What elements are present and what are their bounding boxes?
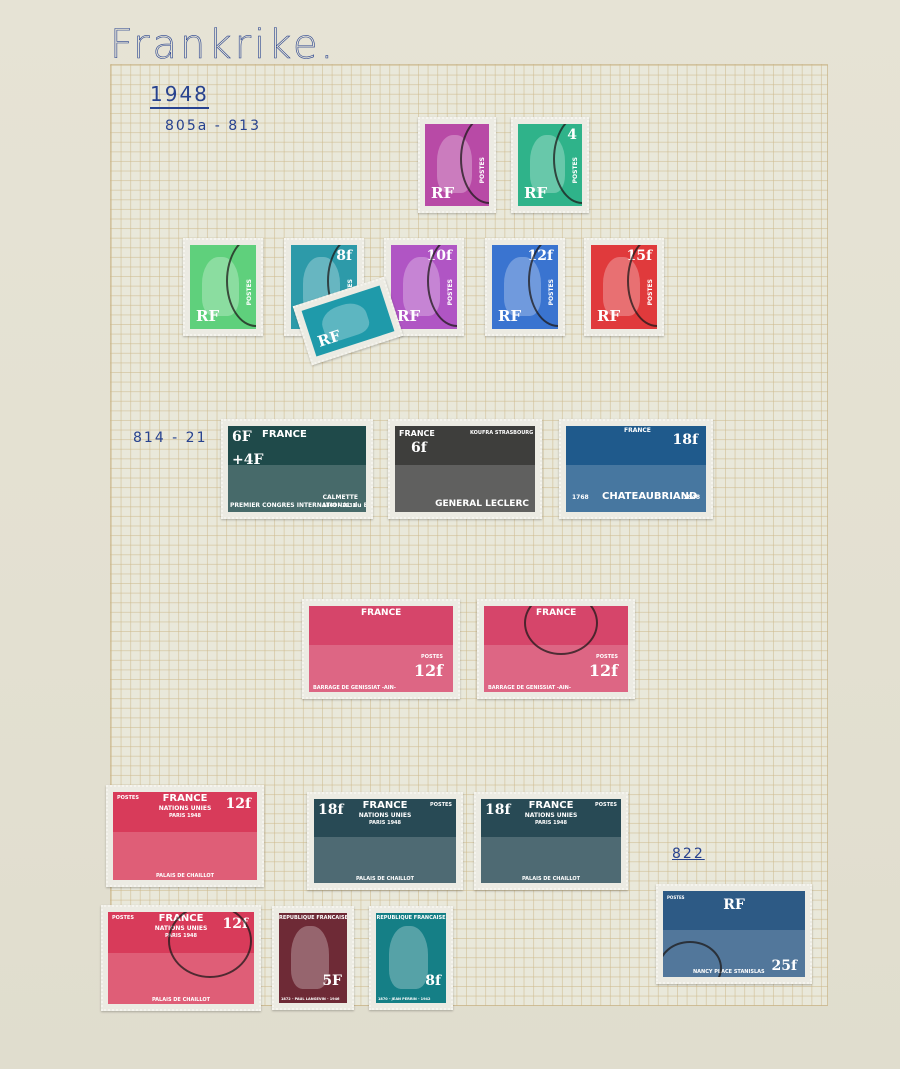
stamp[interactable]: FRANCE6fKOUFRA STRASBOURGGENERAL LECLERC	[388, 419, 542, 519]
postes-label: POSTES	[667, 895, 685, 900]
stamp-face: FRANCE6fKOUFRA STRASBOURGGENERAL LECLERC	[395, 426, 535, 512]
stamp-face: RF25fPOSTESNANCY PLACE STANISLAS	[663, 891, 805, 977]
postes-label: POSTES	[421, 654, 443, 660]
scene-art	[566, 465, 706, 512]
stamp-dates: 1863 - 1933	[323, 503, 356, 509]
country-mark: RF	[524, 184, 547, 202]
stamp-face: RF15fPOSTES	[591, 245, 657, 329]
stamp[interactable]: FRANCENATIONS UNIESPARIS 194812fPOSTESPA…	[106, 785, 264, 887]
page-title: Frankrike.	[110, 22, 336, 68]
postmark	[553, 124, 582, 204]
country-mark: RF	[397, 307, 420, 325]
stamp-face: RF4POSTES	[518, 124, 582, 206]
stamp-caption: PALAIS DE CHAILLOT	[481, 876, 621, 882]
album-page: Frankrike. 1948 805a - 813 814 - 21 822 …	[0, 0, 900, 1069]
country-mark: RF	[315, 327, 343, 351]
stamp-value: 6f	[411, 440, 427, 456]
stamp-face: 18fFRANCECHATEAUBRIAND17681848	[566, 426, 706, 512]
stamp-subtitle: PARIS 1948	[481, 820, 621, 826]
stamp-caption: BARRAGE DE GENISSIAT -AIN-	[488, 685, 571, 691]
postes-label: POSTES	[596, 654, 618, 660]
stamp-country: FRANCE	[399, 429, 435, 438]
stamp-country: REPUBLIQUE FRANCAISE	[279, 915, 347, 921]
section-range-label: 822	[672, 846, 705, 862]
stamp[interactable]: RF4POSTES	[511, 117, 589, 213]
stamp[interactable]: RF25fPOSTESNANCY PLACE STANISLAS	[656, 884, 812, 984]
stamp-country: FRANCE	[361, 608, 401, 618]
stamp[interactable]: REPUBLIQUE FRANCAISE5F1872 - PAUL LANGEV…	[272, 906, 354, 1010]
stamp-value: 12f	[589, 661, 618, 680]
stamp-value: 12f	[225, 796, 251, 812]
stamp[interactable]: RF15fPOSTES	[584, 238, 664, 336]
stamp-face: FRANCENATIONS UNIESPARIS 194812fPOSTESPA…	[108, 912, 254, 1004]
stamp-value: 18f	[485, 802, 511, 818]
portrait	[389, 926, 428, 989]
stamp-face: FRANCE12fPOSTESBARRAGE DE GENISSIAT -AIN…	[309, 606, 453, 692]
stamp-face: RF12fPOSTES	[492, 245, 558, 329]
stamp-face: 6F+4FFRANCEPREMIER CONGRES INTERNATIONAL…	[228, 426, 366, 512]
stamp-name: CALMETTE	[323, 494, 358, 501]
stamp-face: REPUBLIQUE FRANCAISE5F1872 - PAUL LANGEV…	[279, 913, 347, 1003]
stamp-name: 1872 - PAUL LANGEVIN - 1946	[281, 997, 339, 1001]
stamp[interactable]: 6F+4FFRANCEPREMIER CONGRES INTERNATIONAL…	[221, 419, 373, 519]
stamp-subtitle: PARIS 1948	[113, 813, 257, 819]
stamp-subtitle: KOUFRA STRASBOURG	[470, 430, 533, 436]
country-mark: RF	[196, 307, 219, 325]
stamp-value: 18f	[318, 802, 344, 818]
stamp-face: FRANCENATIONS UNIESPARIS 194812fPOSTESPA…	[113, 792, 257, 880]
stamp-face: REPUBLIQUE FRANCAISE8f1870 - JEAN PERRIN…	[376, 913, 446, 1003]
stamp-face: FRANCE12fPOSTESBARRAGE DE GENISSIAT -AIN…	[484, 606, 628, 692]
stamp-value: +4F	[232, 452, 263, 468]
stamp[interactable]: FRANCE12fPOSTESBARRAGE DE GENISSIAT -AIN…	[477, 599, 635, 699]
stamp-face: RFPOSTES	[425, 124, 489, 206]
stamp[interactable]: RFPOSTES	[183, 238, 263, 336]
stamp[interactable]: RF12fPOSTES	[485, 238, 565, 336]
postes-label: POSTES	[595, 802, 617, 808]
stamp[interactable]: FRANCENATIONS UNIESPARIS 194812fPOSTESPA…	[101, 905, 261, 1011]
stamp-name: 1870 - JEAN PERRIN - 1942	[378, 997, 430, 1001]
stamp[interactable]: FRANCENATIONS UNIESPARIS 194818fPOSTESPA…	[474, 792, 628, 890]
section-range-label: 814 - 21	[133, 430, 208, 446]
stamp-name: GENERAL LECLERC	[435, 499, 529, 509]
stamp-value: 25f	[771, 958, 797, 974]
stamp-country: REPUBLIQUE FRANCAISE	[376, 915, 446, 921]
stamp-year: 1848	[683, 494, 700, 501]
stamp[interactable]: FRANCE12fPOSTESBARRAGE DE GENISSIAT -AIN…	[302, 599, 460, 699]
stamp-value: 8f	[425, 973, 441, 989]
stamp-caption: PALAIS DE CHAILLOT	[314, 876, 456, 882]
stamp-face: RFPOSTES	[190, 245, 256, 329]
stamp-value: 6F	[232, 429, 252, 445]
stamp[interactable]: REPUBLIQUE FRANCAISE8f1870 - JEAN PERRIN…	[369, 906, 453, 1010]
stamp-caption: BARRAGE DE GENISSIAT -AIN-	[313, 685, 396, 691]
country-mark: RF	[597, 307, 620, 325]
section-range-label: 805a - 813	[165, 118, 261, 134]
stamp-face: FRANCENATIONS UNIESPARIS 194818fPOSTESPA…	[314, 799, 456, 883]
stamp-year: 1768	[572, 494, 589, 501]
postes-label: POSTES	[117, 795, 139, 801]
stamp-value: 5F	[322, 973, 342, 989]
stamp-subtitle: PARIS 1948	[314, 820, 456, 826]
postes-label: POSTES	[112, 915, 134, 921]
stamp-country: FRANCE	[262, 429, 307, 440]
stamp-caption: PALAIS DE CHAILLOT	[108, 997, 254, 1003]
year-heading: 1948	[150, 82, 209, 109]
stamp-country: FRANCE	[624, 427, 651, 434]
stamp[interactable]: FRANCENATIONS UNIESPARIS 194818fPOSTESPA…	[307, 792, 463, 890]
stamp-value: 18f	[672, 432, 698, 448]
stamp-face: FRANCENATIONS UNIESPARIS 194818fPOSTESPA…	[481, 799, 621, 883]
stamp[interactable]: 18fFRANCECHATEAUBRIAND17681848	[559, 419, 713, 519]
country-mark: RF	[431, 184, 454, 202]
stamp[interactable]: RFPOSTES	[418, 117, 496, 213]
postmark	[460, 124, 489, 204]
stamp-caption: PALAIS DE CHAILLOT	[113, 873, 257, 879]
stamp-value: 12f	[414, 661, 443, 680]
postes-label: POSTES	[430, 802, 452, 808]
country-mark: RF	[498, 307, 521, 325]
stamp-face: RF10fPOSTES	[391, 245, 457, 329]
